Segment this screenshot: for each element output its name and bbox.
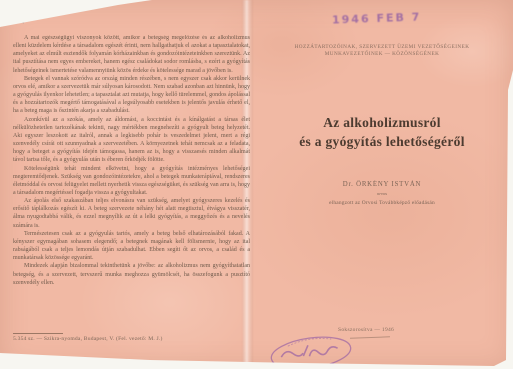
- paragraph: Mindezek alapján bizalommal tekinthetünk…: [13, 262, 250, 286]
- paper-sheet: A mai egészségügyi viszonyok között, ami…: [0, 0, 513, 369]
- date-received-stamp: 1946 FEB 7: [332, 10, 422, 26]
- pencil-scribble: [4, 1, 76, 31]
- imprint-footnote: 5.354 sz. — Szikra-nyomda, Budapest, V. …: [13, 336, 245, 342]
- paragraph: Természetesen csak az a gyógyulás tartós…: [13, 230, 250, 263]
- author-role: orvos: [260, 191, 504, 196]
- author-name: Dr. ÖRKÉNY ISTVÁN: [260, 181, 504, 188]
- footnote-rule: [13, 333, 63, 334]
- author-note: elhangzott az Orvosi Továbbképző előadás…: [260, 200, 504, 206]
- paragraph: Azonkívül az a szokás, amely az áldomást…: [13, 116, 250, 165]
- dedication-line-1: HOZZÁTARTOZÓINAK, SZERVEZETT ÜZEMI VEZET…: [260, 44, 504, 51]
- paragraph: A mai egészségügyi viszonyok között, ami…: [13, 34, 250, 75]
- paragraph: Kötelességünk tehát mindent elkövetni, h…: [13, 165, 250, 198]
- title-line-1: Az alkoholizmusról: [323, 115, 441, 130]
- title-line-2: és a gyógyítás lehetőségéről: [299, 134, 465, 149]
- oval-stamp: [265, 331, 357, 369]
- body-text: A mai egészségügyi viszonyok között, ami…: [13, 34, 250, 287]
- page-title: Az alkoholizmusról és a gyógyítás lehető…: [260, 113, 504, 151]
- author-block: Dr. ÖRKÉNY ISTVÁN orvos elhangzott az Or…: [260, 181, 504, 206]
- paragraph: Az ápolás első szakaszában teljes elvoná…: [13, 197, 250, 230]
- dedication-line-2: MUNKAVEZETŐINEK — KÖZÖNSÉGÉNEK: [260, 51, 504, 58]
- scan-background: A mai egészségügyi viszonyok között, ami…: [0, 0, 513, 369]
- dedication-block: HOZZÁTARTOZÓINAK, SZERVEZETT ÜZEMI VEZET…: [260, 44, 504, 58]
- paragraph: Betegek el vannak szóródva az ország min…: [13, 75, 250, 116]
